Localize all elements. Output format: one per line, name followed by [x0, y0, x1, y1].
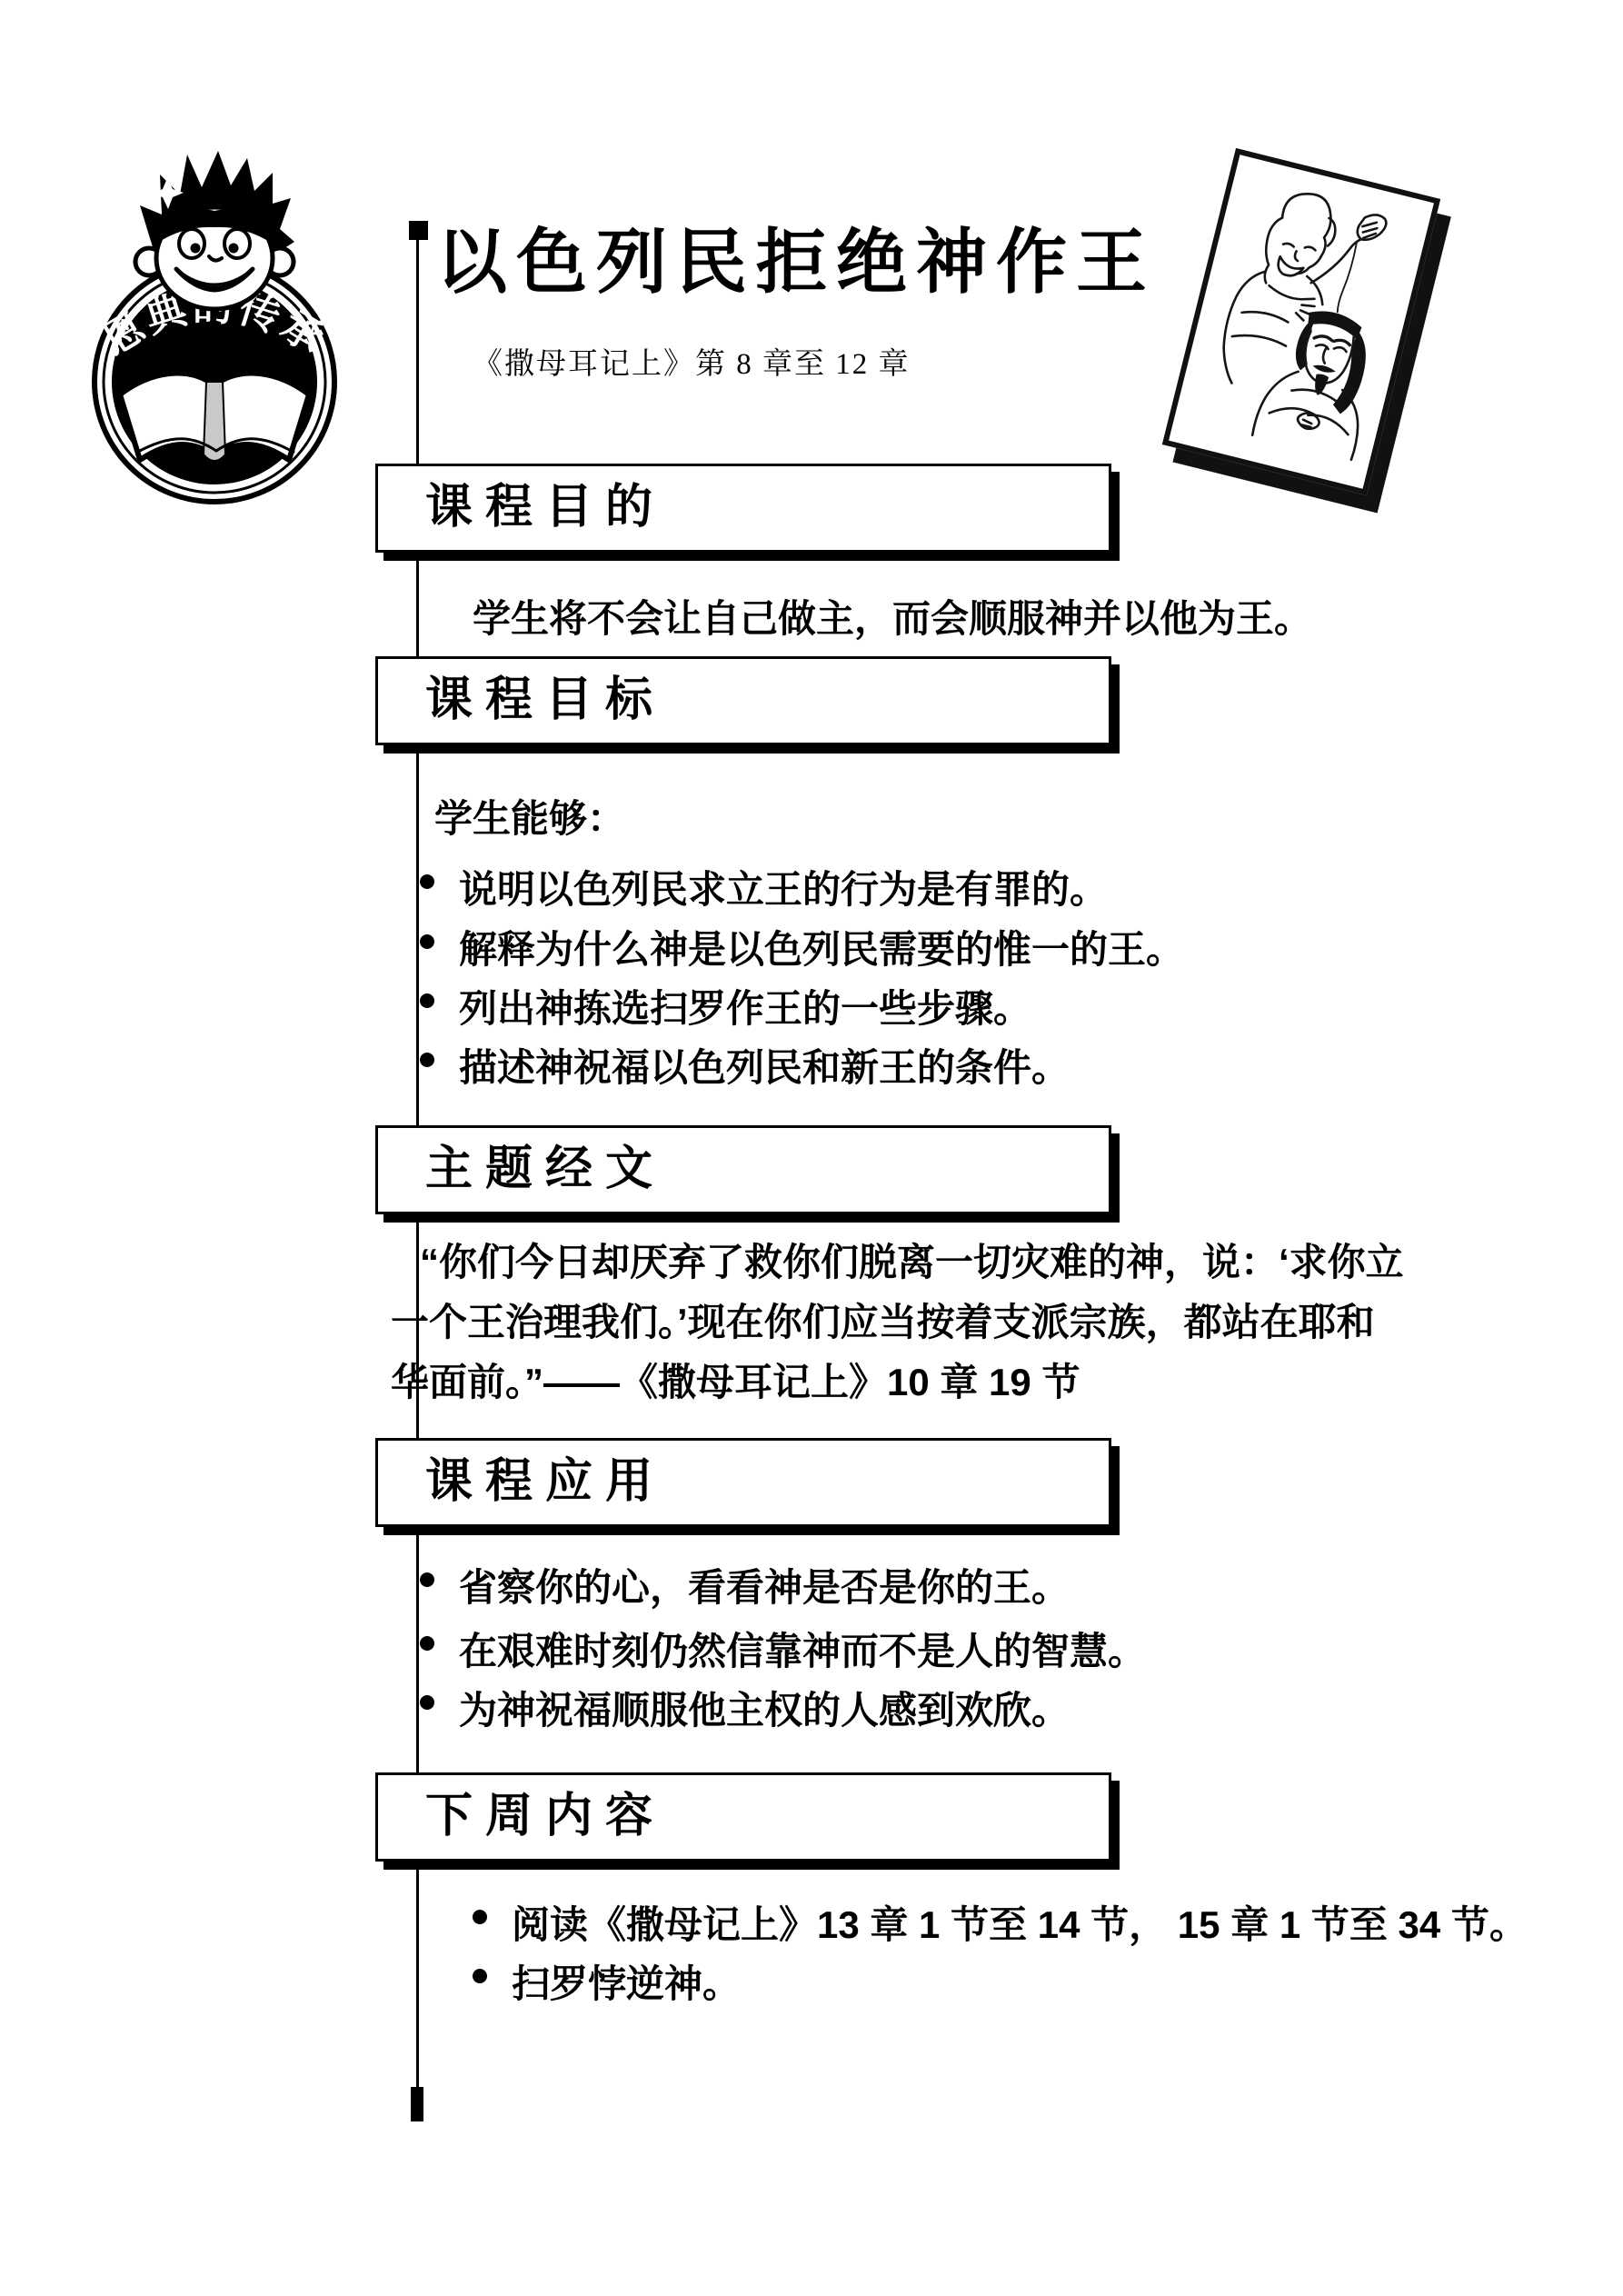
next-week-text: 阅读《撒母记上》13 章 1 节至 14 节， 15 章 1 节至 34 节。 [512, 1895, 1528, 1950]
goal-text: 解释为什么神是以色列民需要的惟一的王。 [459, 920, 1184, 974]
section-heading: 课程应用 [378, 1441, 1109, 1524]
scripture-line: “你们今日却厌弃了救你们脱离一切灾难的神，说：‘求你立 [420, 1233, 1404, 1287]
application-text: 在艰难时刻仍然信靠神而不是人的智慧。 [459, 1622, 1146, 1676]
goal-item: 列出神拣选扫罗作王的一些步骤。 [420, 979, 1031, 1033]
goal-text: 说明以色列民求立王的行为是有罪的。 [459, 860, 1108, 914]
bullet-icon [420, 1636, 434, 1651]
bullet-icon [473, 1969, 487, 1983]
open-book-icon [120, 374, 309, 461]
section-box-next-week: 下周内容 [375, 1772, 1111, 1862]
bullet-icon [420, 1695, 434, 1710]
illustration-drawing [1169, 155, 1434, 489]
goal-item: 解释为什么神是以色列民需要的惟一的王。 [420, 920, 1184, 974]
application-item: 在艰难时刻仍然信靠神而不是人的智慧。 [420, 1622, 1146, 1676]
next-week-item: 阅读《撒母记上》13 章 1 节至 14 节， 15 章 1 节至 34 节。 [473, 1895, 1528, 1950]
section-heading: 主题经文 [378, 1128, 1109, 1212]
section-box-lesson-purpose: 课程目的 [375, 464, 1111, 553]
section-box-lesson-goals: 课程目标 [375, 656, 1111, 745]
application-item: 为神祝福顺服他主权的人感到欢欣。 [420, 1681, 1070, 1735]
section-box-lesson-application: 课程应用 [375, 1438, 1111, 1527]
goal-item: 说明以色列民求立王的行为是有罪的。 [420, 860, 1108, 914]
next-week-item: 扫罗悖逆神。 [473, 1954, 741, 2009]
bullet-icon [420, 1572, 434, 1587]
bullet-icon [420, 874, 434, 889]
page-title: 以色列民拒绝神作王 [436, 205, 1156, 307]
application-item: 省察你的心，看看神是否是你的王。 [420, 1558, 1070, 1612]
bullet-icon [473, 1910, 487, 1924]
lesson-goals-intro: 学生能够： [434, 789, 625, 844]
goal-text: 列出神拣选扫罗作王的一些步骤。 [459, 979, 1031, 1033]
lesson-purpose-text: 学生将不会让自己做主，而会顺服神并以他为王。 [473, 589, 1312, 644]
timeline-start-square [409, 221, 428, 240]
ministry-logo: 恩典的传承 [89, 147, 340, 509]
section-box-theme-scripture: 主题经文 [375, 1125, 1111, 1214]
goal-item: 描述神祝福以色列民和新王的条件。 [420, 1038, 1070, 1093]
section-heading: 课程目标 [378, 659, 1109, 743]
application-text: 为神祝福顺服他主权的人感到欢欣。 [459, 1681, 1070, 1735]
scripture-line: 华面前。”——《撒母耳记上》10 章 19 节 [391, 1353, 1080, 1407]
application-text: 省察你的心，看看神是否是你的王。 [459, 1558, 1070, 1612]
page-subtitle: 《撒母耳记上》第 8 章至 12 章 [473, 340, 911, 383]
timeline-end-bar [411, 2087, 423, 2121]
next-week-text: 扫罗悖逆神。 [512, 1954, 741, 2009]
goal-text: 描述神祝福以色列民和新王的条件。 [459, 1038, 1070, 1093]
illustration-samuel-anoints-saul [1162, 148, 1440, 495]
logo-graphic: 恩典的传承 [89, 147, 340, 509]
document-page: 恩典的传承 以色列民拒绝神作王 《撒母耳记上》第 8 [0, 0, 1623, 2296]
section-heading: 课程目的 [378, 466, 1109, 550]
section-heading: 下周内容 [378, 1775, 1109, 1859]
bullet-icon [420, 993, 434, 1008]
scripture-line: 一个王治理我们。’现在你们应当按着支派宗族，都站在耶和 [391, 1293, 1375, 1347]
bullet-icon [420, 934, 434, 949]
bullet-icon [420, 1053, 434, 1067]
